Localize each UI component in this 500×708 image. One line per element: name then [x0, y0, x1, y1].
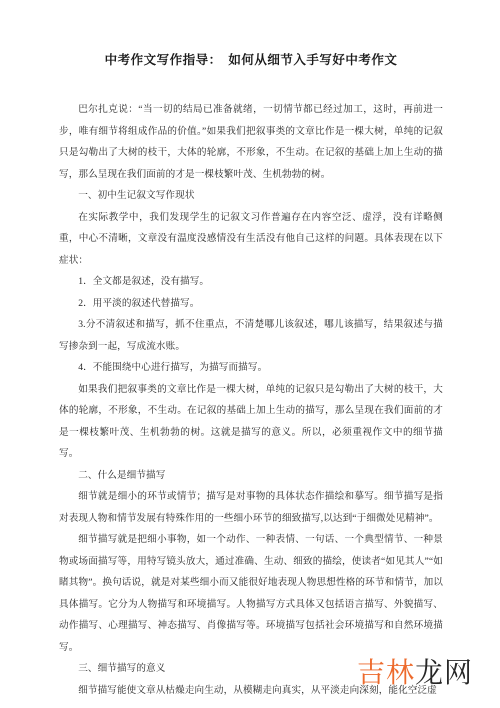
intro-paragraph: 巴尔扎克说：“当一切的结局已准备就绪，一切情节都已经过加工，这时，再前进一步，唯…	[59, 99, 443, 185]
paragraph-detail-definition: 细节就是细小的环节或情节；描写是对事物的具体状态作描绘和摹写。细节描写是指对表现…	[59, 486, 443, 529]
symptom-item-3: 3.分不清叙述和描写，抓不住重点，不清楚哪儿该叙述，哪儿该描写，结果叙述与描写掺…	[59, 314, 443, 357]
document-page: 中考作文写作指导： 如何从细节入手写好中考作文 巴尔扎克说：“当一切的结局已准备…	[0, 0, 500, 708]
symptom-item-1: 1．全文都是叙述，没有描写。	[59, 271, 443, 293]
section-heading-2: 二、什么是细节描写	[59, 465, 443, 487]
watermark: 吉林龙网	[357, 659, 473, 687]
paragraph-detail-explanation: 细节描写就是把细小事物，如一个动作、一种表情、一句话、一个典型情节、一种景物或场…	[59, 529, 443, 658]
doc-title: 中考作文写作指导： 如何从细节入手写好中考作文	[59, 50, 443, 68]
watermark-part-longwang: 龙网	[415, 657, 473, 688]
paragraph-tree-metaphor: 如果我们把叙事类的文章比作是一棵大树，单纯的记叙只是勾勒出了大树的枝干，大体的轮…	[59, 379, 443, 465]
symptom-item-2: 2．用平淡的叙述代替描写。	[59, 293, 443, 315]
paragraph-writing-status: 在实际教学中，我们发现学生的记叙文习作普遍存在内容空泛、虚浮，没有详略侧重，中心…	[59, 207, 443, 272]
watermark-part-jilin: 吉林	[357, 657, 415, 688]
section-heading-1: 一、初中生记叙文写作现状	[59, 185, 443, 207]
symptom-item-4: 4．不能围绕中心进行描写，为描写而描写。	[59, 357, 443, 379]
